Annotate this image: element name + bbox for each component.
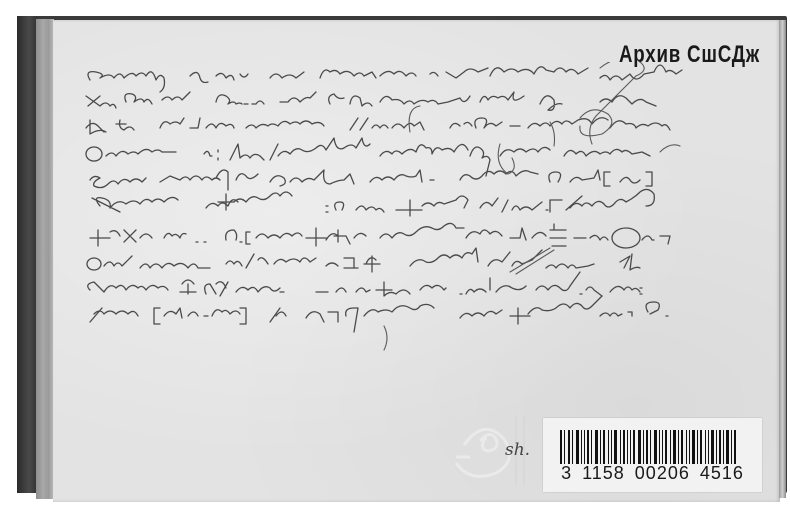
shorthand-manuscript — [80, 62, 760, 362]
library-stamp-watermark — [420, 405, 560, 495]
barcode-number: 3 1158 00206 4516 — [543, 463, 762, 484]
signature-mark: sh. — [505, 440, 530, 460]
barcode-icon — [560, 430, 738, 464]
right-page-edge — [779, 20, 786, 498]
book-spine — [17, 16, 37, 493]
barcode-label: 3 1158 00206 4516 — [543, 418, 762, 492]
page-edges — [36, 19, 54, 499]
